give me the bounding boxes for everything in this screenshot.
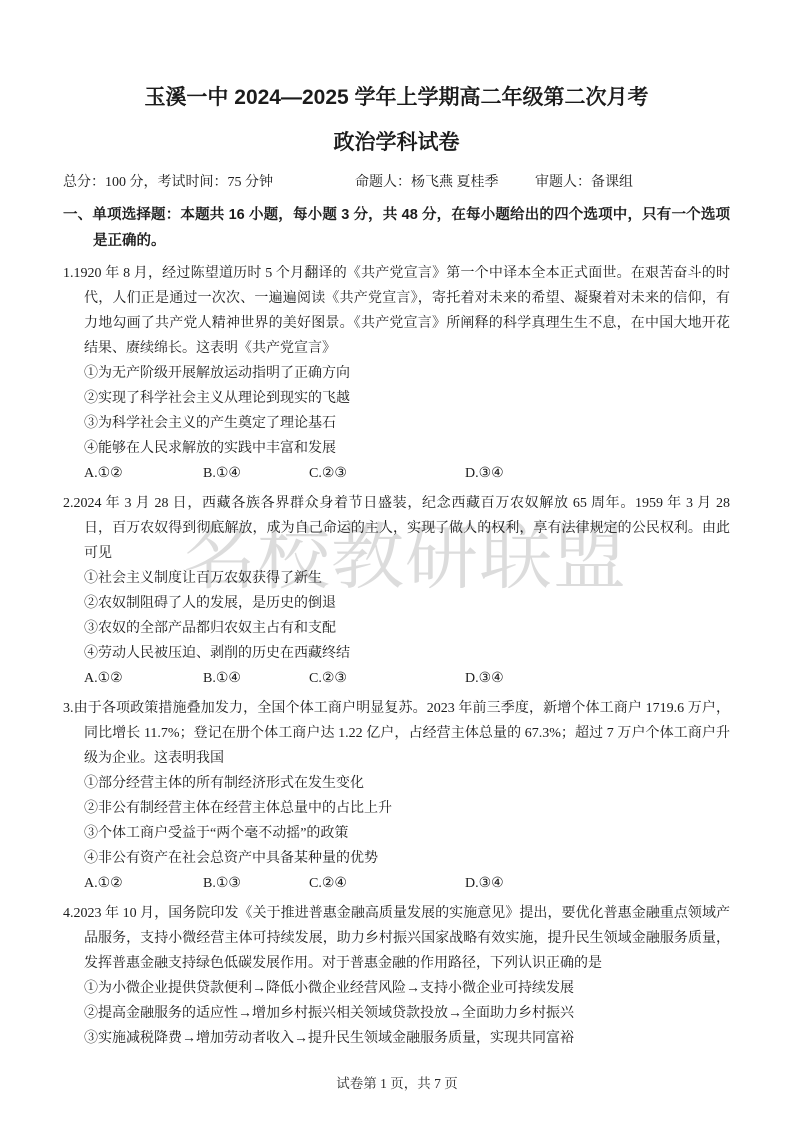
choice-b: B.①③ [203, 871, 309, 896]
option-item: ③农奴的全部产品都归农奴主占有和支配 [84, 616, 730, 641]
question-3: 3.由于各项政策措施叠加发力，全国个体工商户明显复苏。2023 年前三季度，新增… [63, 696, 730, 896]
exam-info-total-score: 总分：100 分，考试时间：75 分钟 [63, 173, 355, 193]
choice-a: A.①② [84, 871, 203, 896]
option-item: ①社会主义制度让百万农奴获得了新生 [84, 566, 730, 591]
question-stem-text: 1920 年 8 月，经过陈望道历时 5 个月翻译的《共产党宣言》第一个中译本全… [74, 266, 731, 356]
exam-paper-page: 名校教研联盟 玉溪一中 2024—2025 学年上学期高二年级第二次月考 政治学… [0, 0, 794, 1123]
choice-c: C.②④ [309, 871, 465, 896]
question-number: 3. [63, 701, 74, 716]
exam-info-setter: 命题人：杨飞燕 夏桂季 [355, 173, 535, 193]
option-item: ②提高金融服务的适应性→增加乡村振兴相关领域贷款投放→全面助力乡村振兴 [84, 1001, 730, 1026]
option-item: ①部分经营主体的所有制经济形式在发生变化 [84, 771, 730, 796]
option-item: ②非公有制经营主体在经营主体总量中的占比上升 [84, 796, 730, 821]
option-item: ③为科学社会主义的产生奠定了理论基石 [84, 411, 730, 436]
exam-info-reviewer: 审题人：备课组 [535, 173, 730, 193]
exam-title: 玉溪一中 2024—2025 学年上学期高二年级第二次月考 [63, 84, 730, 112]
question-stem-text: 由于各项政策措施叠加发力，全国个体工商户明显复苏。2023 年前三季度，新增个体… [74, 701, 731, 766]
option-item: ④能够在人民求解放的实践中丰富和发展 [84, 436, 730, 461]
question-4: 4.2023 年 10 月，国务院印发《关于推进普惠金融高质量发展的实施意见》提… [63, 901, 730, 1051]
option-item: ③个体工商户受益于“两个毫不动摇”的政策 [84, 821, 730, 846]
question-stem: 3.由于各项政策措施叠加发力，全国个体工商户明显复苏。2023 年前三季度，新增… [63, 696, 730, 771]
choice-d: D.③④ [465, 461, 730, 486]
choice-d: D.③④ [465, 666, 730, 691]
page-content: 玉溪一中 2024—2025 学年上学期高二年级第二次月考 政治学科试卷 总分：… [63, 84, 730, 1056]
exam-subtitle: 政治学科试卷 [63, 129, 730, 157]
choice-row: A.①② B.①④ C.②③ D.③④ [84, 461, 730, 486]
exam-info-row: 总分：100 分，考试时间：75 分钟 命题人：杨飞燕 夏桂季 审题人：备课组 [63, 173, 730, 193]
question-stem: 4.2023 年 10 月，国务院印发《关于推进普惠金融高质量发展的实施意见》提… [63, 901, 730, 976]
choice-a: A.①② [84, 666, 203, 691]
choice-a: A.①② [84, 461, 203, 486]
choice-b: B.①④ [203, 461, 309, 486]
question-stem: 1.1920 年 8 月，经过陈望道历时 5 个月翻译的《共产党宣言》第一个中译… [63, 261, 730, 361]
section-header: 一、单项选择题：本题共 16 小题，每小题 3 分，共 48 分，在每小题给出的… [63, 202, 730, 254]
choice-b: B.①④ [203, 666, 309, 691]
choice-row: A.①② B.①③ C.②④ D.③④ [84, 871, 730, 896]
option-item: ①为小微企业提供贷款便利→降低小微企业经营风险→支持小微企业可持续发展 [84, 976, 730, 1001]
question-number: 1. [63, 266, 74, 281]
choice-c: C.②③ [309, 666, 465, 691]
question-2: 2.2024 年 3 月 28 日，西藏各族各界群众身着节日盛装，纪念西藏百万农… [63, 491, 730, 691]
choice-d: D.③④ [465, 871, 730, 896]
choice-c: C.②③ [309, 461, 465, 486]
option-item: ④劳动人民被压迫、剥削的历史在西藏终结 [84, 641, 730, 666]
question-number: 4. [63, 906, 74, 921]
question-stem-text: 2023 年 10 月，国务院印发《关于推进普惠金融高质量发展的实施意见》提出，… [74, 906, 731, 971]
question-number: 2. [63, 496, 74, 511]
question-stem: 2.2024 年 3 月 28 日，西藏各族各界群众身着节日盛装，纪念西藏百万农… [63, 491, 730, 566]
option-item: ①为无产阶级开展解放运动指明了正确方向 [84, 361, 730, 386]
option-item: ④非公有资产在社会总资产中具备某种量的优势 [84, 846, 730, 871]
page-footer: 试卷第 1 页，共 7 页 [0, 1072, 794, 1092]
choice-row: A.①② B.①④ C.②③ D.③④ [84, 666, 730, 691]
option-item: ②实现了科学社会主义从理论到现实的飞越 [84, 386, 730, 411]
option-item: ②农奴制阻碍了人的发展，是历史的倒退 [84, 591, 730, 616]
question-stem-text: 2024 年 3 月 28 日，西藏各族各界群众身着节日盛装，纪念西藏百万农奴解… [74, 496, 731, 561]
option-item: ③实施减税降费→增加劳动者收入→提升民生领域金融服务质量，实现共同富裕 [84, 1026, 730, 1051]
question-1: 1.1920 年 8 月，经过陈望道历时 5 个月翻译的《共产党宣言》第一个中译… [63, 261, 730, 486]
